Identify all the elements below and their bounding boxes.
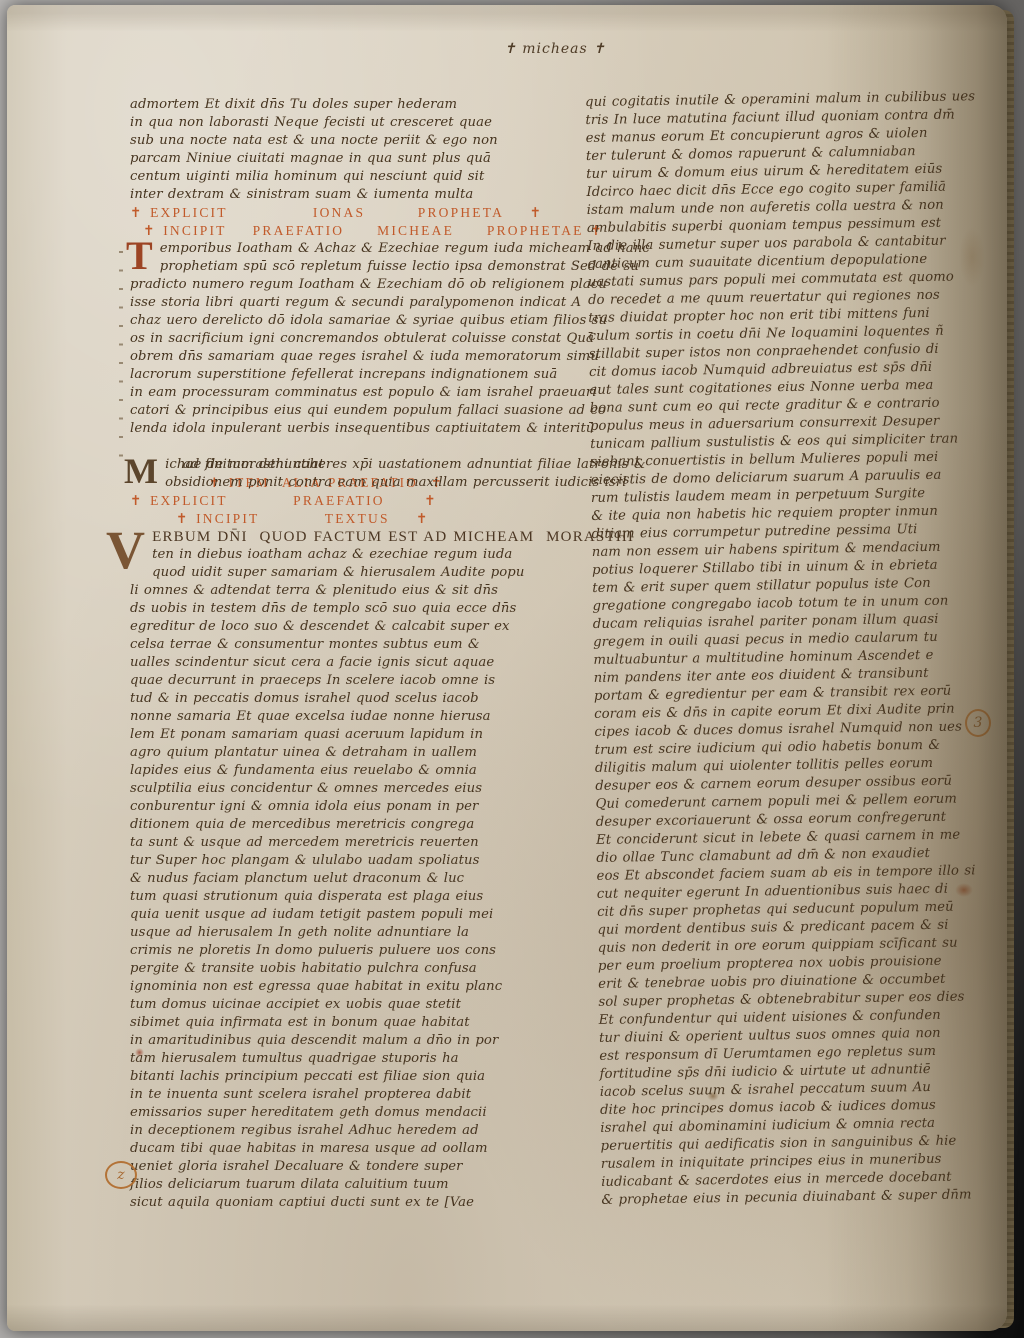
manuscript-text-line: parcam Niniue ciuitati magnae in qua sun… bbox=[130, 150, 554, 168]
manuscript-text-line: obrem dn̄s samariam quae reges israhel &… bbox=[130, 348, 554, 366]
left-text-column: admortem Et dixit dn̄s Tu doles super he… bbox=[130, 96, 554, 1212]
manuscript-text-line: filios deliciarum tuarum dilata caluitiu… bbox=[130, 1176, 554, 1194]
manuscript-text-line: tum domus uicinae accipiet ex uobis quae… bbox=[130, 996, 554, 1014]
manuscript-text-line: centum uiginti milia hominum qui nesciun… bbox=[130, 168, 554, 186]
manuscript-text-line: & nudus faciam planctum uelut draconum &… bbox=[130, 870, 554, 888]
manuscript-text-line: prophetiam spū scō repletum fuisse lecti… bbox=[130, 258, 554, 276]
quire-mark-badge: z bbox=[105, 1161, 137, 1189]
manuscript-text-line: tam hierusalem tumultus quadrigae stupor… bbox=[130, 1050, 554, 1068]
manuscript-page: ✝ micheas ✝ admortem Et dixit dn̄s Tu do… bbox=[7, 5, 1007, 1331]
manuscript-text-line: quia uenit usque ad iudam tetigit pastem… bbox=[130, 906, 554, 924]
rubric-incipit-praefatio: ✝ INCIPIT PRAEFATIO MICHEAE PROPHETAE ✝ bbox=[130, 222, 554, 240]
manuscript-text-line: tud & in peccatis domus israhel quod sce… bbox=[130, 690, 554, 708]
manuscript-text-line: celsa terrae & consumentur montes subtus… bbox=[130, 636, 554, 654]
praefatio-altera-paragraph: M ichae de morasthi coheres xp̄i uastati… bbox=[130, 456, 554, 492]
manuscript-text-line: lacrorum superstitione fefellerat increp… bbox=[130, 366, 554, 384]
manuscript-text-line: sub una nocte nata est & una nocte perii… bbox=[130, 132, 554, 150]
jonah-ending-paragraph: admortem Et dixit dn̄s Tu doles super he… bbox=[130, 96, 554, 204]
manuscript-text-line: isse storia libri quarti regum & secundi… bbox=[130, 294, 554, 312]
manuscript-text-line: emissarios super hereditatem geth domus … bbox=[130, 1104, 554, 1122]
manuscript-photo: ✝ micheas ✝ admortem Et dixit dn̄s Tu do… bbox=[0, 0, 1024, 1338]
manuscript-text-line: ten in diebus ioatham achaz & ezechiae r… bbox=[130, 546, 554, 564]
manuscript-text-line: in deceptionem regibus israhel Adhuc her… bbox=[130, 1122, 554, 1140]
manuscript-text-line: agro quium plantatur uinea & detraham in… bbox=[130, 744, 554, 762]
initial-letter-T: T bbox=[126, 240, 153, 274]
pricking-dots bbox=[119, 251, 123, 473]
rubric-incipit-textus: ✝ INCIPIT TEXTUS ✝ bbox=[130, 510, 554, 528]
running-title: ✝ micheas ✝ bbox=[445, 41, 665, 57]
manuscript-text-line: inter dextram & sinistram suam & iumenta… bbox=[130, 186, 554, 204]
right-text-column: qui cogitatis inutile & operamini malum … bbox=[585, 88, 1022, 1210]
initial-letter-V: V bbox=[106, 528, 145, 578]
manuscript-text-line: ignominia non est egressa quae habitat i… bbox=[130, 978, 554, 996]
manuscript-text-line: quae decurrunt in praeceps In scelere ia… bbox=[130, 672, 554, 690]
manuscript-text-line: catori & principibus eius qui eundem pop… bbox=[130, 402, 554, 420]
manuscript-text-line: ducam tibi quae habitas in maresa usque … bbox=[130, 1140, 554, 1158]
manuscript-text-line: ueniet gloria israhel Decaluare & tonder… bbox=[130, 1158, 554, 1176]
praefatio-prima-paragraph: T emporibus Ioatham & Achaz & Ezechiae r… bbox=[130, 240, 554, 456]
manuscript-text-line: in qua non laborasti Neque fecisti ut cr… bbox=[130, 114, 554, 132]
manuscript-text-line: li omnes & adtendat terra & plenitudo ei… bbox=[130, 582, 554, 600]
manuscript-text-line: lem Et ponam samariam quasi aceruum lapi… bbox=[130, 726, 554, 744]
manuscript-text-line: conburentur igni & omnia idola eius pona… bbox=[130, 798, 554, 816]
manuscript-text-line: obsidionem ponit contra eam quia maxilla… bbox=[130, 474, 554, 492]
micah-text-lines: ten in diebus ioatham achaz & ezechiae r… bbox=[130, 546, 554, 1212]
manuscript-text-line: tum quasi strutionum quia disperata est … bbox=[130, 888, 554, 906]
manuscript-text-line: ichae de morasthi coheres xp̄i uastation… bbox=[130, 456, 554, 474]
manuscript-text-line: ta sunt & usque ad mercedem meretricis r… bbox=[130, 834, 554, 852]
manuscript-text-line: pradicto numero regum Ioatham & Ezechiam… bbox=[130, 276, 554, 294]
manuscript-text-line: sculptilia eius concidentur & omnes merc… bbox=[130, 780, 554, 798]
manuscript-text-line: in te inuenta sunt scelera israhel propt… bbox=[130, 1086, 554, 1104]
manuscript-text-line: in eam processuram comminatus est populo… bbox=[130, 384, 554, 402]
manuscript-text-line: chaz uero derelicto dō idola samariae & … bbox=[130, 312, 554, 330]
manuscript-text-line: sicut aquila quoniam captiui ducti sunt … bbox=[130, 1194, 554, 1212]
manuscript-text-line: egreditur de loco suo & descendet & calc… bbox=[130, 618, 554, 636]
manuscript-text-line: ad finitum denuntiat ✝ ITEM ALIA PRAEFAT… bbox=[130, 438, 554, 456]
praefatio-altera-lines: obsidionem ponit contra eam quia maxilla… bbox=[130, 474, 554, 492]
rubric-explicit-ionas: ✝ EXPLICIT IONAS PROPHETA ✝ bbox=[130, 204, 554, 222]
praefatio-prima-lines: prophetiam spū scō repletum fuisse lecti… bbox=[130, 258, 554, 438]
manuscript-text-line: admortem Et dixit dn̄s Tu doles super he… bbox=[130, 96, 554, 114]
manuscript-text-line: crimis ne ploretis In domo pulueris pulu… bbox=[130, 942, 554, 960]
manuscript-text-line: usque ad hierusalem In geth nolite adnun… bbox=[130, 924, 554, 942]
manuscript-text-line: sibimet quia infirmata est in bonum quae… bbox=[130, 1014, 554, 1032]
manuscript-text-line: tur Super hoc plangam & ululabo uadam sp… bbox=[130, 852, 554, 870]
manuscript-text-line: ds uobis in testem dn̄s de templo scō su… bbox=[130, 600, 554, 618]
manuscript-text-line: pergite & transite uobis habitatio pulch… bbox=[130, 960, 554, 978]
rubric-explicit-praefatio: ✝ EXPLICIT PRAEFATIO ✝ bbox=[130, 492, 554, 510]
manuscript-text-line: quod uidit super samariam & hierusalem A… bbox=[130, 564, 554, 582]
folio-number-badge: 3 bbox=[965, 709, 991, 737]
micah-text-paragraph: V ERBUM DN̄I QUOD FACTUM EST AD MICHEAM … bbox=[130, 528, 554, 1212]
manuscript-text-line: os in sacrificium igni concremandos obtu… bbox=[130, 330, 554, 348]
manuscript-text-line: in amaritudinibus quia descendit malum a… bbox=[130, 1032, 554, 1050]
manuscript-text-line: lenda idola inpulerant uerbis insequenti… bbox=[130, 420, 554, 438]
manuscript-text-line: ualles scindentur sicut cera a facie ign… bbox=[130, 654, 554, 672]
manuscript-text-line: emporibus Ioatham & Achaz & Ezechiae reg… bbox=[130, 240, 554, 258]
incipit-caps-line: ERBUM DN̄I QUOD FACTUM EST AD MICHEAM MO… bbox=[130, 528, 554, 546]
manuscript-text-line: ditionem quia de mercedibus meretricis c… bbox=[130, 816, 554, 834]
manuscript-text-line: lapides eius & fundamenta eius reuelabo … bbox=[130, 762, 554, 780]
manuscript-text-line: bitanti lachis principium peccati est fi… bbox=[130, 1068, 554, 1086]
manuscript-text-line: nonne samaria Et quae excelsa iudae nonn… bbox=[130, 708, 554, 726]
